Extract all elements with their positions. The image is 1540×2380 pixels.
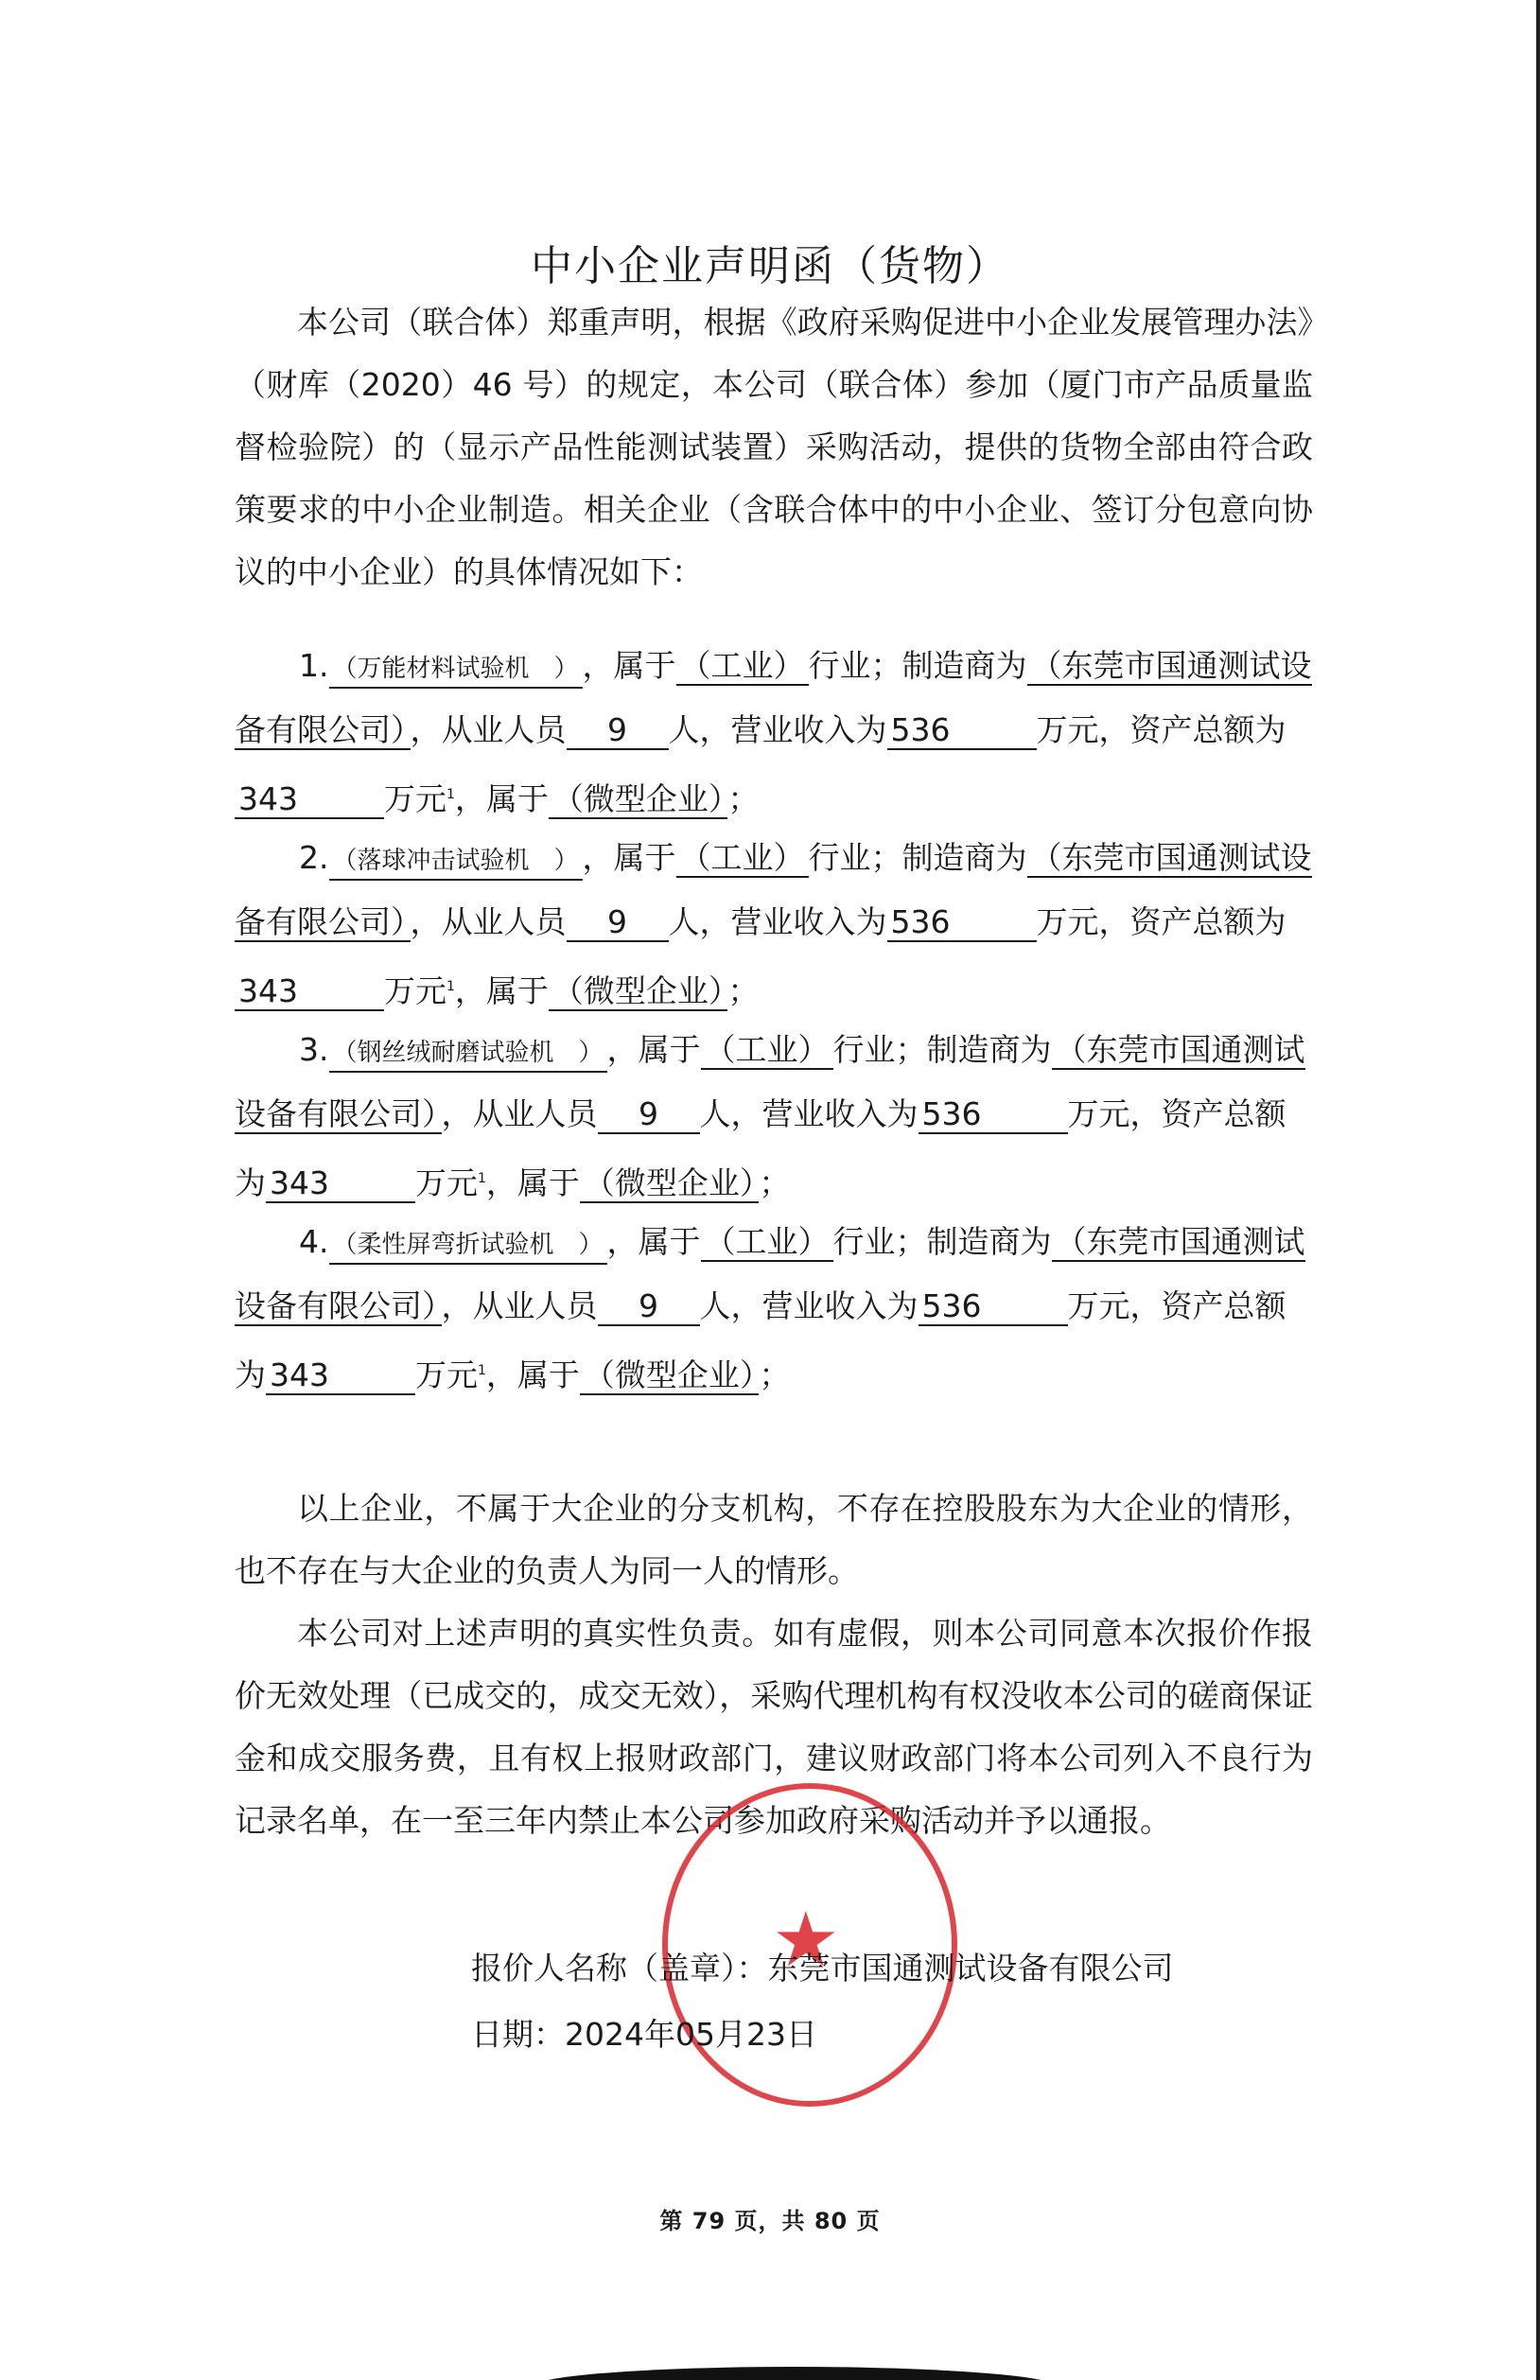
enterprise-item: 4.（柔性屏弯折试验机 ），属于（工业）行业；制造商为（东莞市国通测试设备有限公… xyxy=(235,1210,1313,1408)
item-industry: （工业） xyxy=(701,1031,833,1070)
statement-paragraph-1: 以上企业，不属于大企业的分支机构，不存在控股股东为大企业的情形，也不存在与大企业… xyxy=(235,1478,1313,1602)
item-label: ，属于 xyxy=(583,647,676,684)
item-product: （钢丝绒耐磨试验机 ） xyxy=(329,1035,607,1073)
item-label: 人，营业收入为 xyxy=(700,1095,919,1132)
item-revenue: 536 xyxy=(919,1096,1068,1134)
item-label: 行业；制造商为 xyxy=(833,1223,1052,1260)
item-label: 人，营业收入为 xyxy=(669,903,887,940)
item-assets: 343 xyxy=(266,1357,415,1395)
item-number: 1. xyxy=(235,647,329,684)
item-label: 行业；制造商为 xyxy=(809,647,1027,684)
item-assets: 343 xyxy=(235,973,384,1011)
item-label: ，从业人员 xyxy=(411,903,567,940)
page-edge xyxy=(1536,0,1540,2380)
item-label: ； xyxy=(727,972,759,1009)
item-product: （落球冲击试验机 ） xyxy=(329,843,583,881)
item-size: （微型企业） xyxy=(549,780,728,819)
page-footer: 第 79 页，共 80 页 xyxy=(0,2202,1540,2235)
item-label: ，属于 xyxy=(607,1223,701,1260)
item-employees: 9 xyxy=(598,1096,700,1134)
item-label: ； xyxy=(727,780,759,817)
item-number: 4. xyxy=(235,1223,329,1260)
scan-shadow xyxy=(530,2367,1059,2380)
item-assets: 343 xyxy=(235,781,384,819)
document-page: 中小企业声明函（货物） 本公司（联合体）郑重声明，根据《政府采购促进中小企业发展… xyxy=(0,0,1540,2380)
item-assets: 343 xyxy=(266,1165,415,1203)
signature-date-label: 日期： xyxy=(471,2016,565,2053)
item-size: （微型企业） xyxy=(580,1164,760,1203)
item-employees: 9 xyxy=(567,904,669,942)
statement-paragraph-2: 本公司对上述声明的真实性负责。如有虚假，则本公司同意本次报价作报价无效处理（已成… xyxy=(235,1602,1313,1852)
signature-name-line: 报价人名称（盖章）：东莞市国通测试设备有限公司 xyxy=(471,1944,1174,1988)
signature-date-value: 2024年05月23日 xyxy=(565,2016,817,2053)
item-label: ，从业人员 xyxy=(442,1095,598,1132)
item-size: （微型企业） xyxy=(549,972,728,1011)
signature-name-label: 报价人名称（盖章）： xyxy=(471,1950,768,1986)
enterprise-item: 1.（万能材料试验机 ），属于（工业）行业；制造商为（东莞市国通测试设备有限公司… xyxy=(235,634,1313,831)
item-revenue: 536 xyxy=(887,712,1037,750)
intro-paragraph: 本公司（联合体）郑重声明，根据《政府采购促进中小企业发展管理办法》（财库（202… xyxy=(235,291,1313,604)
item-label: ，属于 xyxy=(583,839,676,876)
item-industry: （工业） xyxy=(701,1223,833,1262)
document-title: 中小企业声明函（货物） xyxy=(0,232,1540,292)
item-product: （万能材料试验机 ） xyxy=(329,651,583,689)
item-label: ，从业人员 xyxy=(442,1287,598,1324)
item-number: 2. xyxy=(235,839,329,876)
enterprise-item: 3.（钢丝绒耐磨试验机 ），属于（工业）行业；制造商为（东莞市国通测试设备有限公… xyxy=(235,1018,1313,1216)
item-number: 3. xyxy=(235,1031,329,1068)
item-label: ； xyxy=(759,1164,790,1201)
item-industry: （工业） xyxy=(676,839,809,878)
item-label: 万元 xyxy=(384,972,446,1009)
item-label: 人，营业收入为 xyxy=(700,1287,919,1324)
item-employees: 9 xyxy=(567,712,669,750)
item-product: （柔性屏弯折试验机 ） xyxy=(329,1227,607,1265)
item-label: 万元，资产总额为 xyxy=(1037,711,1286,748)
footnote-mark: 1 xyxy=(478,1363,486,1378)
item-size: （微型企业） xyxy=(580,1356,760,1395)
item-industry: （工业） xyxy=(676,647,809,686)
enterprise-item: 2.（落球冲击试验机 ），属于（工业）行业；制造商为（东莞市国通测试设备有限公司… xyxy=(235,826,1313,1024)
item-label: ，属于 xyxy=(486,1164,580,1201)
signature-date-line: 日期：2024年05月23日 xyxy=(471,2010,817,2055)
footnote-mark: 1 xyxy=(446,787,455,802)
item-employees: 9 xyxy=(598,1288,700,1326)
item-label: 人，营业收入为 xyxy=(669,711,887,748)
item-label: 万元 xyxy=(415,1164,478,1201)
item-label: 万元，资产总额为 xyxy=(1037,903,1286,940)
item-label: 行业；制造商为 xyxy=(833,1031,1052,1068)
item-label: 行业；制造商为 xyxy=(809,839,1027,876)
footnote-mark: 1 xyxy=(446,979,455,994)
footnote-mark: 1 xyxy=(478,1171,486,1186)
item-label: ，属于 xyxy=(455,780,549,817)
item-label: 万元 xyxy=(415,1356,478,1393)
item-label: ，属于 xyxy=(607,1031,701,1068)
item-label: ，属于 xyxy=(486,1356,580,1393)
item-label: 万元 xyxy=(384,780,446,817)
item-label: ，属于 xyxy=(455,972,549,1009)
item-revenue: 536 xyxy=(919,1288,1068,1326)
item-label: ； xyxy=(759,1356,790,1393)
item-label: ，从业人员 xyxy=(411,711,567,748)
item-revenue: 536 xyxy=(887,904,1037,942)
signature-name-value: 东莞市国通测试设备有限公司 xyxy=(768,1950,1174,1986)
